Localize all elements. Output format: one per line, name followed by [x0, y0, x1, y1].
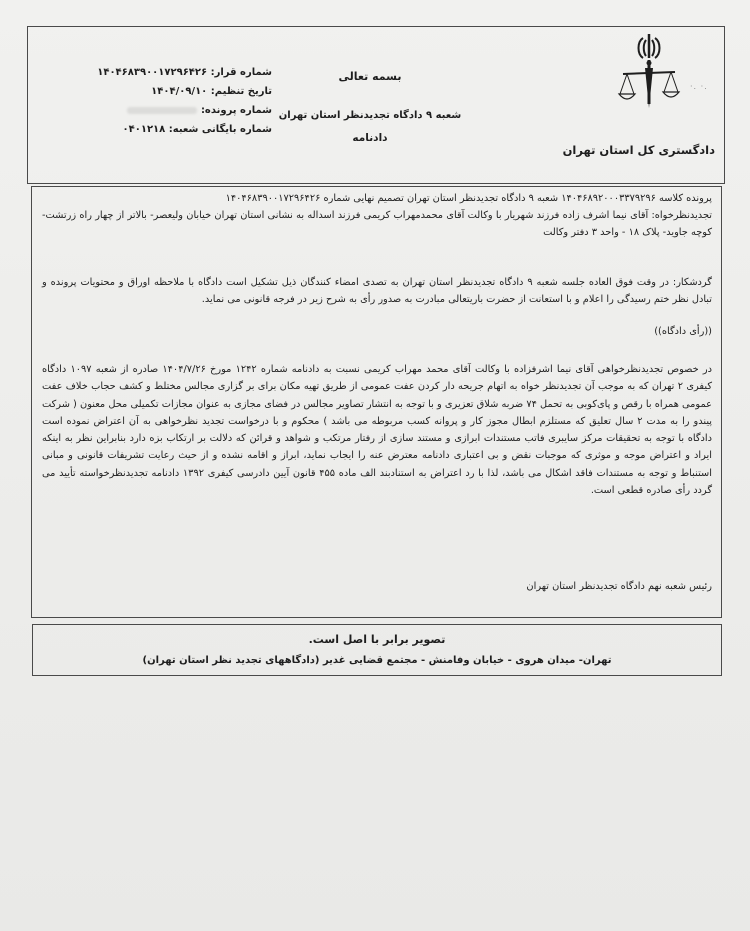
case-number-label: شماره پرونده: — [201, 105, 272, 116]
archive-number: ۰۴۰۱۲۱۸ — [123, 124, 166, 135]
header-meta: شماره قرار: ۱۴۰۴۶۸۳۹۰۰۱۷۲۹۶۴۲۶ تاریخ تنظ… — [62, 63, 272, 139]
appellant-info: تجدیدنظرخواه: آقای نیما اشرف زاده فرزند … — [42, 207, 712, 241]
ruling-heading: ((رأی دادگاه)) — [42, 323, 712, 340]
preamble: گردشکار: در وقت فوق العاده جلسه شعبه ۹ د… — [42, 274, 712, 308]
court-address: تهران- میدان هروی - خیابان وفامنش - مجتم… — [33, 655, 721, 666]
date-label: تاریخ تنظیم: — [211, 86, 272, 97]
bismillah: بسمه تعالی — [270, 70, 470, 83]
archive-number-row: شماره بایگانی شعبه: ۰۴۰۱۲۱۸ — [62, 120, 272, 139]
date-row: تاریخ تنظیم: ۱۴۰۴/۰۹/۱۰ — [62, 82, 272, 101]
date-value: ۱۴۰۴/۰۹/۱۰ — [151, 86, 207, 97]
footer-frame: تصویر برابر با اصل است. تهران- میدان هرو… — [32, 624, 722, 676]
decision-number-label: شماره قرار: — [211, 67, 272, 78]
judiciary-emblem-icon — [617, 32, 681, 112]
decision-number-row: شماره قرار: ۱۴۰۴۶۸۳۹۰۰۱۷۲۹۶۴۲۶ — [62, 63, 272, 82]
signature-line: رئیس شعبه نهم دادگاه تجدیدنظر استان تهرا… — [42, 578, 712, 595]
judiciary-name: دادگستری کل استان تهران — [563, 143, 715, 157]
certification-stamp: تصویر برابر با اصل است. — [33, 633, 721, 646]
scan-artifact: ·. ·. — [690, 82, 708, 91]
case-number-redacted — [127, 107, 197, 114]
case-info: پرونده کلاسه ۱۴۰۴۶۸۹۲۰۰۰۳۳۷۹۲۹۶ شعبه ۹ د… — [42, 190, 712, 241]
case-line: پرونده کلاسه ۱۴۰۴۶۸۹۲۰۰۰۳۳۷۹۲۹۶ شعبه ۹ د… — [42, 190, 712, 207]
case-number-row: شماره پرونده: — [62, 101, 272, 120]
decision-number: ۱۴۰۴۶۸۳۹۰۰۱۷۲۹۶۴۲۶ — [97, 67, 207, 78]
document-type: دادنامه — [270, 132, 470, 144]
court-ruling-document: ·. ·. دادگستری کل استان تهران بسمه تعالی… — [0, 0, 750, 931]
court-branch: شعبه ۹ دادگاه تجدیدنظر استان تهران — [270, 110, 470, 121]
header-center: بسمه تعالی شعبه ۹ دادگاه تجدیدنظر استان … — [270, 70, 470, 144]
archive-number-label: شماره بایگانی شعبه: — [169, 124, 272, 135]
ruling-text: در خصوص تجدیدنظرخواهی آقای نیما اشرفزاده… — [42, 361, 712, 499]
